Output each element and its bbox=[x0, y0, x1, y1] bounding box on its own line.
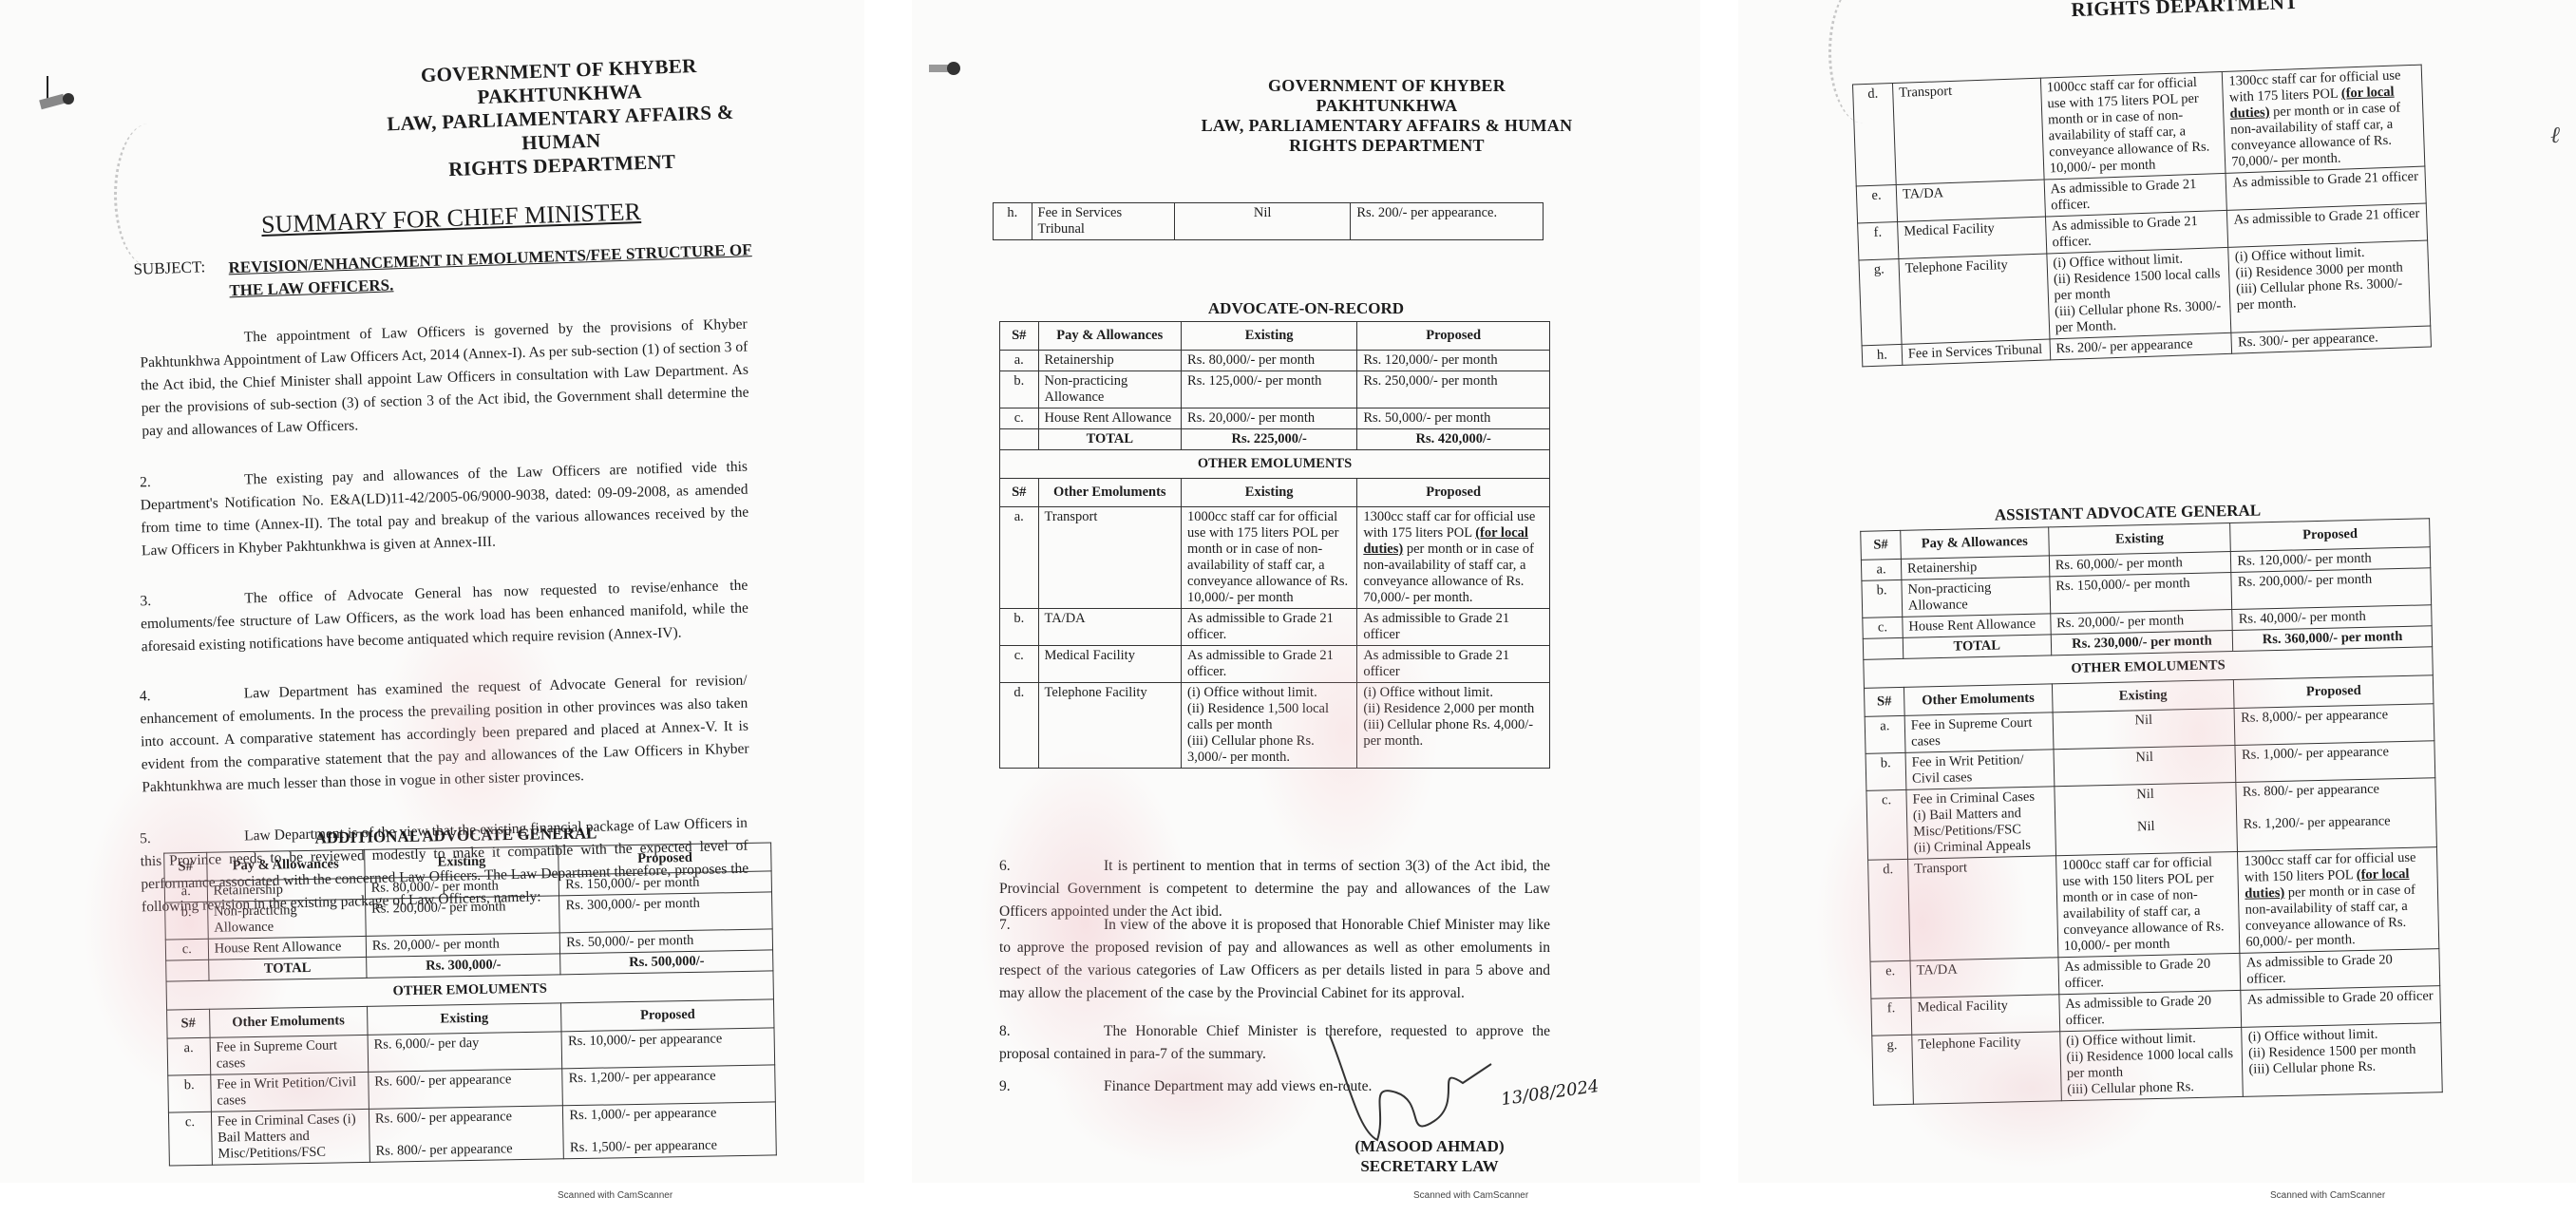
paragraph-number: 5. bbox=[140, 826, 245, 851]
column-header: Other Emoluments bbox=[1038, 479, 1182, 507]
serial-cell: a. bbox=[167, 1037, 210, 1075]
serial-cell: g. bbox=[1859, 258, 1902, 345]
existing-cell: Rs. 125,000/- per month bbox=[1182, 371, 1357, 408]
serial-cell: c. bbox=[1000, 646, 1039, 683]
item-cell: Telephone Facility bbox=[1912, 1032, 2061, 1105]
scanner-footer: Scanned with CamScanner bbox=[2270, 1190, 2385, 1201]
item-cell: Transport bbox=[1038, 507, 1182, 609]
allowance-table: d.Transport1000cc staff car for official… bbox=[1852, 65, 2432, 368]
existing-cell: Rs. 6,000/- per day bbox=[368, 1032, 562, 1073]
proposed-cell: Rs. 120,000/- per month bbox=[1357, 351, 1550, 371]
column-header: Pay & Allowances bbox=[206, 849, 365, 881]
total-label: TOTAL bbox=[208, 957, 366, 980]
proposed-cell: (i) Office without limit.(ii) Residence … bbox=[1357, 683, 1550, 769]
proposed-cell: Rs. 8,000/- per appearance bbox=[2234, 704, 2434, 746]
item-cell: Fee in Supreme Court cases bbox=[210, 1035, 369, 1074]
proposed-cell: 1300cc staff car for official use with 1… bbox=[2223, 65, 2425, 173]
paragraph-number: 7. bbox=[999, 914, 1104, 937]
existing-cell: (i) Office without limit.(ii) Residence … bbox=[2059, 1027, 2243, 1100]
existing-cell: Rs. 80,000/- per month bbox=[1182, 351, 1357, 371]
table-header-row: S#Pay & AllowancesExistingProposed bbox=[1000, 322, 1550, 351]
signatory-name: (MASOOD AHMAD) bbox=[1335, 1136, 1525, 1156]
existing-cell: Rs. 600/- per appearance bbox=[369, 1069, 563, 1110]
paragraph-number: 6. bbox=[999, 855, 1104, 878]
subsection-title: OTHER EMOLUMENTS bbox=[1000, 450, 1550, 479]
item-cell: Retainership bbox=[207, 878, 365, 902]
proposed-cell: Rs. 1,200/- per appearance bbox=[562, 1065, 775, 1106]
paragraph: 7.In view of the above it is proposed th… bbox=[999, 914, 1550, 1005]
item-cell: Transport bbox=[1907, 856, 2057, 961]
subject-text: REVISION/ENHANCEMENT IN EMOLUMENTS/FEE S… bbox=[228, 238, 761, 303]
table-row: b.TA/DAAs admissible to Grade 21 officer… bbox=[1000, 609, 1550, 646]
proposed-cell: Rs. 800/- per appearanceRs. 1,200/- per … bbox=[2236, 778, 2436, 852]
subsection-row: OTHER EMOLUMENTS bbox=[1000, 450, 1550, 479]
serial-cell: d. bbox=[1000, 683, 1039, 769]
item-cell: Medical Facility bbox=[1038, 646, 1182, 683]
column-header: Pay & Allowances bbox=[1901, 527, 2049, 560]
serial-cell: b. bbox=[1862, 579, 1903, 617]
column-header: Proposed bbox=[559, 843, 771, 875]
existing-cell: Nil bbox=[2053, 708, 2236, 749]
table-header-row: S#Other EmolumentsExistingProposed bbox=[1000, 479, 1550, 507]
table-row: g.Telephone Facility(i) Office without l… bbox=[1872, 1023, 2443, 1106]
allowance-table: h.Fee in Services TribunalNilRs. 200/- p… bbox=[993, 202, 1544, 240]
department-header: GOVERNMENT OF KHYBER PAKHTUNKHWA LAW, PA… bbox=[359, 52, 762, 185]
paragraph-number: 4. bbox=[140, 683, 245, 709]
document-page-2: GOVERNMENT OF KHYBER PAKHTUNKHWA LAW, PA… bbox=[912, 0, 1700, 1183]
proposed-cell: 1300cc staff car for official use with 1… bbox=[1357, 507, 1550, 609]
total-proposed: Rs. 420,000/- bbox=[1357, 429, 1550, 450]
item-cell: Telephone Facility bbox=[1038, 683, 1182, 769]
column-header: Proposed bbox=[2234, 675, 2434, 709]
table-row: c.Medical FacilityAs admissible to Grade… bbox=[1000, 646, 1550, 683]
serial-cell: e. bbox=[1870, 960, 1911, 998]
page-title: SUMMARY FOR CHIEF MINISTER bbox=[261, 198, 642, 239]
signature-scribble bbox=[1320, 1026, 1529, 1149]
column-header: Pay & Allowances bbox=[1038, 322, 1182, 351]
document-page-1: GOVERNMENT OF KHYBER PAKHTUNKHWA LAW, PA… bbox=[0, 0, 864, 1183]
serial-cell: b. bbox=[165, 902, 208, 940]
table-row: h.Fee in Services TribunalNilRs. 200/- p… bbox=[994, 203, 1544, 240]
table-row: d.Transport1000cc staff car for official… bbox=[1868, 847, 2439, 962]
column-header: Existing bbox=[364, 846, 559, 879]
item-cell: Fee in Writ Petition/Civil cases bbox=[210, 1072, 369, 1111]
paragraph-number: 8. bbox=[999, 1020, 1104, 1043]
existing-cell: 1000cc staff car for official use with 1… bbox=[1182, 507, 1357, 609]
serial-cell: c. bbox=[1000, 408, 1039, 429]
table-row: b.Non-practicing AllowanceRs. 125,000/- … bbox=[1000, 371, 1550, 408]
proposed-cell: As admissible to Grade 20 officer. bbox=[2240, 949, 2440, 991]
item-cell: Medical Facility bbox=[1911, 995, 2060, 1035]
serial-cell: h. bbox=[1862, 344, 1903, 366]
serial-cell: a. bbox=[164, 881, 207, 902]
paragraph: 3.The office of Advocate General has now… bbox=[140, 575, 749, 659]
proposed-cell: Rs. 1,000/- per appearanceRs. 1,500/- pe… bbox=[563, 1102, 777, 1159]
table-row: a.Transport1000cc staff car for official… bbox=[1000, 507, 1550, 609]
serial-cell: c. bbox=[1866, 789, 1908, 860]
column-header: Other Emoluments bbox=[1904, 684, 2052, 716]
proposed-cell: Rs. 200/- per appearance. bbox=[1351, 203, 1544, 240]
serial-cell: d. bbox=[1852, 84, 1896, 186]
existing-cell: As admissible to Grade 20 officer. bbox=[2058, 990, 2242, 1031]
item-cell: Retainership bbox=[1038, 351, 1182, 371]
serial-cell: c. bbox=[165, 939, 208, 960]
paragraph-number: 3. bbox=[140, 588, 245, 614]
header-line-3: RIGHTS DEPARTMENT bbox=[1197, 136, 1577, 156]
serial-cell: a. bbox=[1861, 559, 1901, 580]
proposed-cell: As admissible to Grade 21 officer bbox=[1357, 646, 1550, 683]
table-title-aor: ADVOCATE-ON-RECORD bbox=[1149, 299, 1463, 318]
existing-cell: As admissible to Grade 21 officer. bbox=[2045, 210, 2228, 254]
serial-cell: a. bbox=[1000, 351, 1039, 371]
table-row: d.Transport1000cc staff car for official… bbox=[1852, 65, 2424, 186]
existing-cell: Nil bbox=[1175, 203, 1351, 240]
item-cell: Non-practicing Allowance bbox=[1038, 371, 1182, 408]
header-line-2: LAW, PARLIAMENTARY AFFAIRS & HUMAN bbox=[1197, 116, 1577, 136]
item-cell: Medical Facility bbox=[1897, 217, 2046, 258]
item-cell: Transport bbox=[1892, 78, 2043, 184]
proposed-cell: 1300cc staff car for official use with 1… bbox=[2238, 847, 2439, 954]
allowance-table: S#Pay & AllowancesExistingProposeda.Reta… bbox=[1860, 518, 2443, 1105]
column-header: Existing bbox=[2048, 523, 2230, 556]
government-seal-icon bbox=[114, 123, 183, 266]
serial-cell: b. bbox=[1866, 752, 1906, 790]
signatory-block: (MASOOD AHMAD) SECRETARY LAW bbox=[1335, 1136, 1525, 1176]
paragraph: 2.The existing pay and allowances of the… bbox=[140, 456, 749, 563]
serial-cell: b. bbox=[1000, 371, 1039, 408]
serial-cell: d. bbox=[1868, 859, 1910, 961]
proposed-cell: Rs. 10,000/- per appearance bbox=[561, 1028, 774, 1069]
department-header: GOVERNMENT OF KHYBER PAKHTUNKHWA LAW, PA… bbox=[1197, 76, 1577, 156]
proposed-cell: (i) Office without limit.(ii) Residence … bbox=[2242, 1023, 2442, 1097]
item-cell: Fee in Services Tribunal bbox=[1902, 339, 2050, 365]
allowance-table: S#Pay & AllowancesExistingProposeda.Reta… bbox=[163, 842, 777, 1166]
column-header: Existing bbox=[367, 1003, 561, 1035]
paragraph-number: 9. bbox=[999, 1075, 1104, 1098]
item-cell: House Rent Allowance bbox=[1038, 408, 1182, 429]
serial-cell: c. bbox=[168, 1111, 212, 1166]
margin-annotation: ℓ bbox=[2550, 123, 2560, 149]
existing-cell: 1000cc staff car for official use with 1… bbox=[2040, 71, 2226, 180]
serial-cell: e. bbox=[1856, 185, 1897, 223]
item-cell: Telephone Facility bbox=[1899, 254, 2050, 344]
serial-cell: b. bbox=[168, 1074, 211, 1112]
item-cell: Non-practicing Allowance bbox=[207, 899, 366, 939]
table-row: a.RetainershipRs. 80,000/- per monthRs. … bbox=[1000, 351, 1550, 371]
existing-cell: Rs. 200,000/- per month bbox=[365, 896, 559, 937]
column-header: Existing bbox=[2052, 679, 2234, 712]
proposed-cell: Rs. 1,000/- per appearance bbox=[2235, 741, 2435, 783]
staple-pin-icon bbox=[929, 59, 967, 87]
header-partial: RIGHTS DEPARTMENT bbox=[2023, 0, 2347, 24]
column-header: Proposed bbox=[1357, 479, 1550, 507]
total-existing: Rs. 225,000/- bbox=[1182, 429, 1357, 450]
serial-cell: a. bbox=[1000, 507, 1039, 609]
item-cell: TA/DA bbox=[1896, 180, 2045, 221]
total-label: TOTAL bbox=[1038, 429, 1182, 450]
serial-cell: f. bbox=[1871, 997, 1912, 1035]
existing-cell: Rs. 600/- per appearanceRs. 800/- per ap… bbox=[369, 1106, 563, 1163]
existing-cell: 1000cc staff car for official use with 1… bbox=[2055, 851, 2240, 957]
item-cell: TA/DA bbox=[1038, 609, 1182, 646]
existing-cell: Rs. 20,000/- per month bbox=[1182, 408, 1357, 429]
item-cell: Fee in Criminal Cases(i) Bail Matters an… bbox=[1906, 787, 2055, 860]
proposed-cell: Rs. 300,000/- per month bbox=[559, 892, 772, 933]
existing-cell: As admissible to Grade 21 officer. bbox=[1182, 609, 1357, 646]
item-cell: House Rent Allowance bbox=[208, 936, 366, 959]
header-line-1: GOVERNMENT OF KHYBER PAKHTUNKHWA bbox=[1197, 76, 1577, 116]
proposed-cell: As admissible to Grade 20 officer bbox=[2241, 986, 2441, 1028]
serial-cell: c. bbox=[1863, 617, 1903, 638]
signatory-title: SECRETARY LAW bbox=[1335, 1156, 1525, 1176]
proposed-cell: (i) Office without limit.(ii) Residence … bbox=[2228, 240, 2431, 332]
existing-cell: Nil bbox=[2054, 745, 2237, 786]
column-header: Proposed bbox=[2230, 519, 2430, 552]
scanner-footer: Scanned with CamScanner bbox=[558, 1190, 672, 1201]
column-header: S# bbox=[1864, 687, 1904, 716]
serial-cell: f. bbox=[1858, 221, 1899, 259]
column-header: Proposed bbox=[561, 999, 774, 1032]
proposed-cell: Rs. 200,000/- per month bbox=[2231, 568, 2432, 610]
paragraph: The appointment of Law Officers is gover… bbox=[140, 313, 750, 444]
existing-cell: As admissible to Grade 21 officer. bbox=[2044, 173, 2227, 217]
total-row: TOTALRs. 225,000/-Rs. 420,000/- bbox=[1000, 429, 1550, 450]
table-row: c.Fee in Criminal Cases (i) Bail Matters… bbox=[168, 1102, 776, 1166]
serial-cell: b. bbox=[1000, 609, 1039, 646]
column-header: S# bbox=[1861, 530, 1902, 560]
proposed-cell: As admissible to Grade 21 officer bbox=[1357, 609, 1550, 646]
document-page-3: RIGHTS DEPARTMENT d.Transport1000cc staf… bbox=[1738, 0, 2576, 1183]
item-cell: TA/DA bbox=[1910, 958, 2059, 998]
column-header: S# bbox=[1000, 479, 1039, 507]
column-header: S# bbox=[167, 1009, 210, 1038]
paragraph: 4.Law Department has examined the reques… bbox=[140, 670, 750, 800]
item-cell: Non-practicing Allowance bbox=[1902, 577, 2051, 617]
item-cell: Fee in Services Tribunal bbox=[1032, 203, 1175, 240]
paragraph-number bbox=[140, 342, 244, 345]
paragraph-number: 2. bbox=[140, 469, 245, 495]
subject-label: SUBJECT: bbox=[133, 257, 205, 279]
column-header: Existing bbox=[1182, 479, 1357, 507]
existing-cell: As admissible to Grade 21 officer. bbox=[1182, 646, 1357, 683]
existing-cell: NilNil bbox=[2055, 782, 2238, 855]
scanner-footer: Scanned with CamScanner bbox=[1413, 1190, 1528, 1201]
column-header: S# bbox=[164, 852, 207, 882]
subject-block: SUBJECT: REVISION/ENHANCEMENT IN EMOLUME… bbox=[133, 237, 779, 260]
item-cell: Fee in Criminal Cases (i) Bail Matters a… bbox=[211, 1109, 369, 1165]
column-header: Existing bbox=[1182, 322, 1357, 351]
serial-cell: g. bbox=[1872, 1035, 1914, 1105]
table-row: c.House Rent AllowanceRs. 20,000/- per m… bbox=[1000, 408, 1550, 429]
existing-cell: (i) Office without limit.(ii) Residence … bbox=[2046, 247, 2231, 339]
item-cell: Fee in Writ Petition/ Civil cases bbox=[1905, 750, 2055, 790]
proposed-cell: Rs. 250,000/- per month bbox=[1357, 371, 1550, 408]
column-header: Proposed bbox=[1357, 322, 1550, 351]
serial-cell: a. bbox=[1865, 715, 1905, 753]
existing-cell: Rs. 150,000/- per month bbox=[2050, 573, 2233, 614]
staple-pin-icon bbox=[36, 76, 93, 114]
allowance-table: S#Pay & AllowancesExistingProposeda.Reta… bbox=[999, 321, 1550, 769]
table-row: c.Fee in Criminal Cases(i) Bail Matters … bbox=[1866, 778, 2437, 861]
column-header: S# bbox=[1000, 322, 1039, 351]
item-cell: Fee in Supreme Court cases bbox=[1904, 712, 2054, 753]
table-row: d.Telephone Facility(i) Office without l… bbox=[1000, 683, 1550, 769]
proposed-cell: Rs. 50,000/- per month bbox=[1357, 408, 1550, 429]
existing-cell: As admissible to Grade 20 officer. bbox=[2058, 953, 2242, 994]
column-header: Other Emoluments bbox=[209, 1006, 368, 1037]
serial-cell: h. bbox=[994, 203, 1032, 240]
existing-cell: (i) Office without limit.(ii) Residence … bbox=[1182, 683, 1357, 769]
